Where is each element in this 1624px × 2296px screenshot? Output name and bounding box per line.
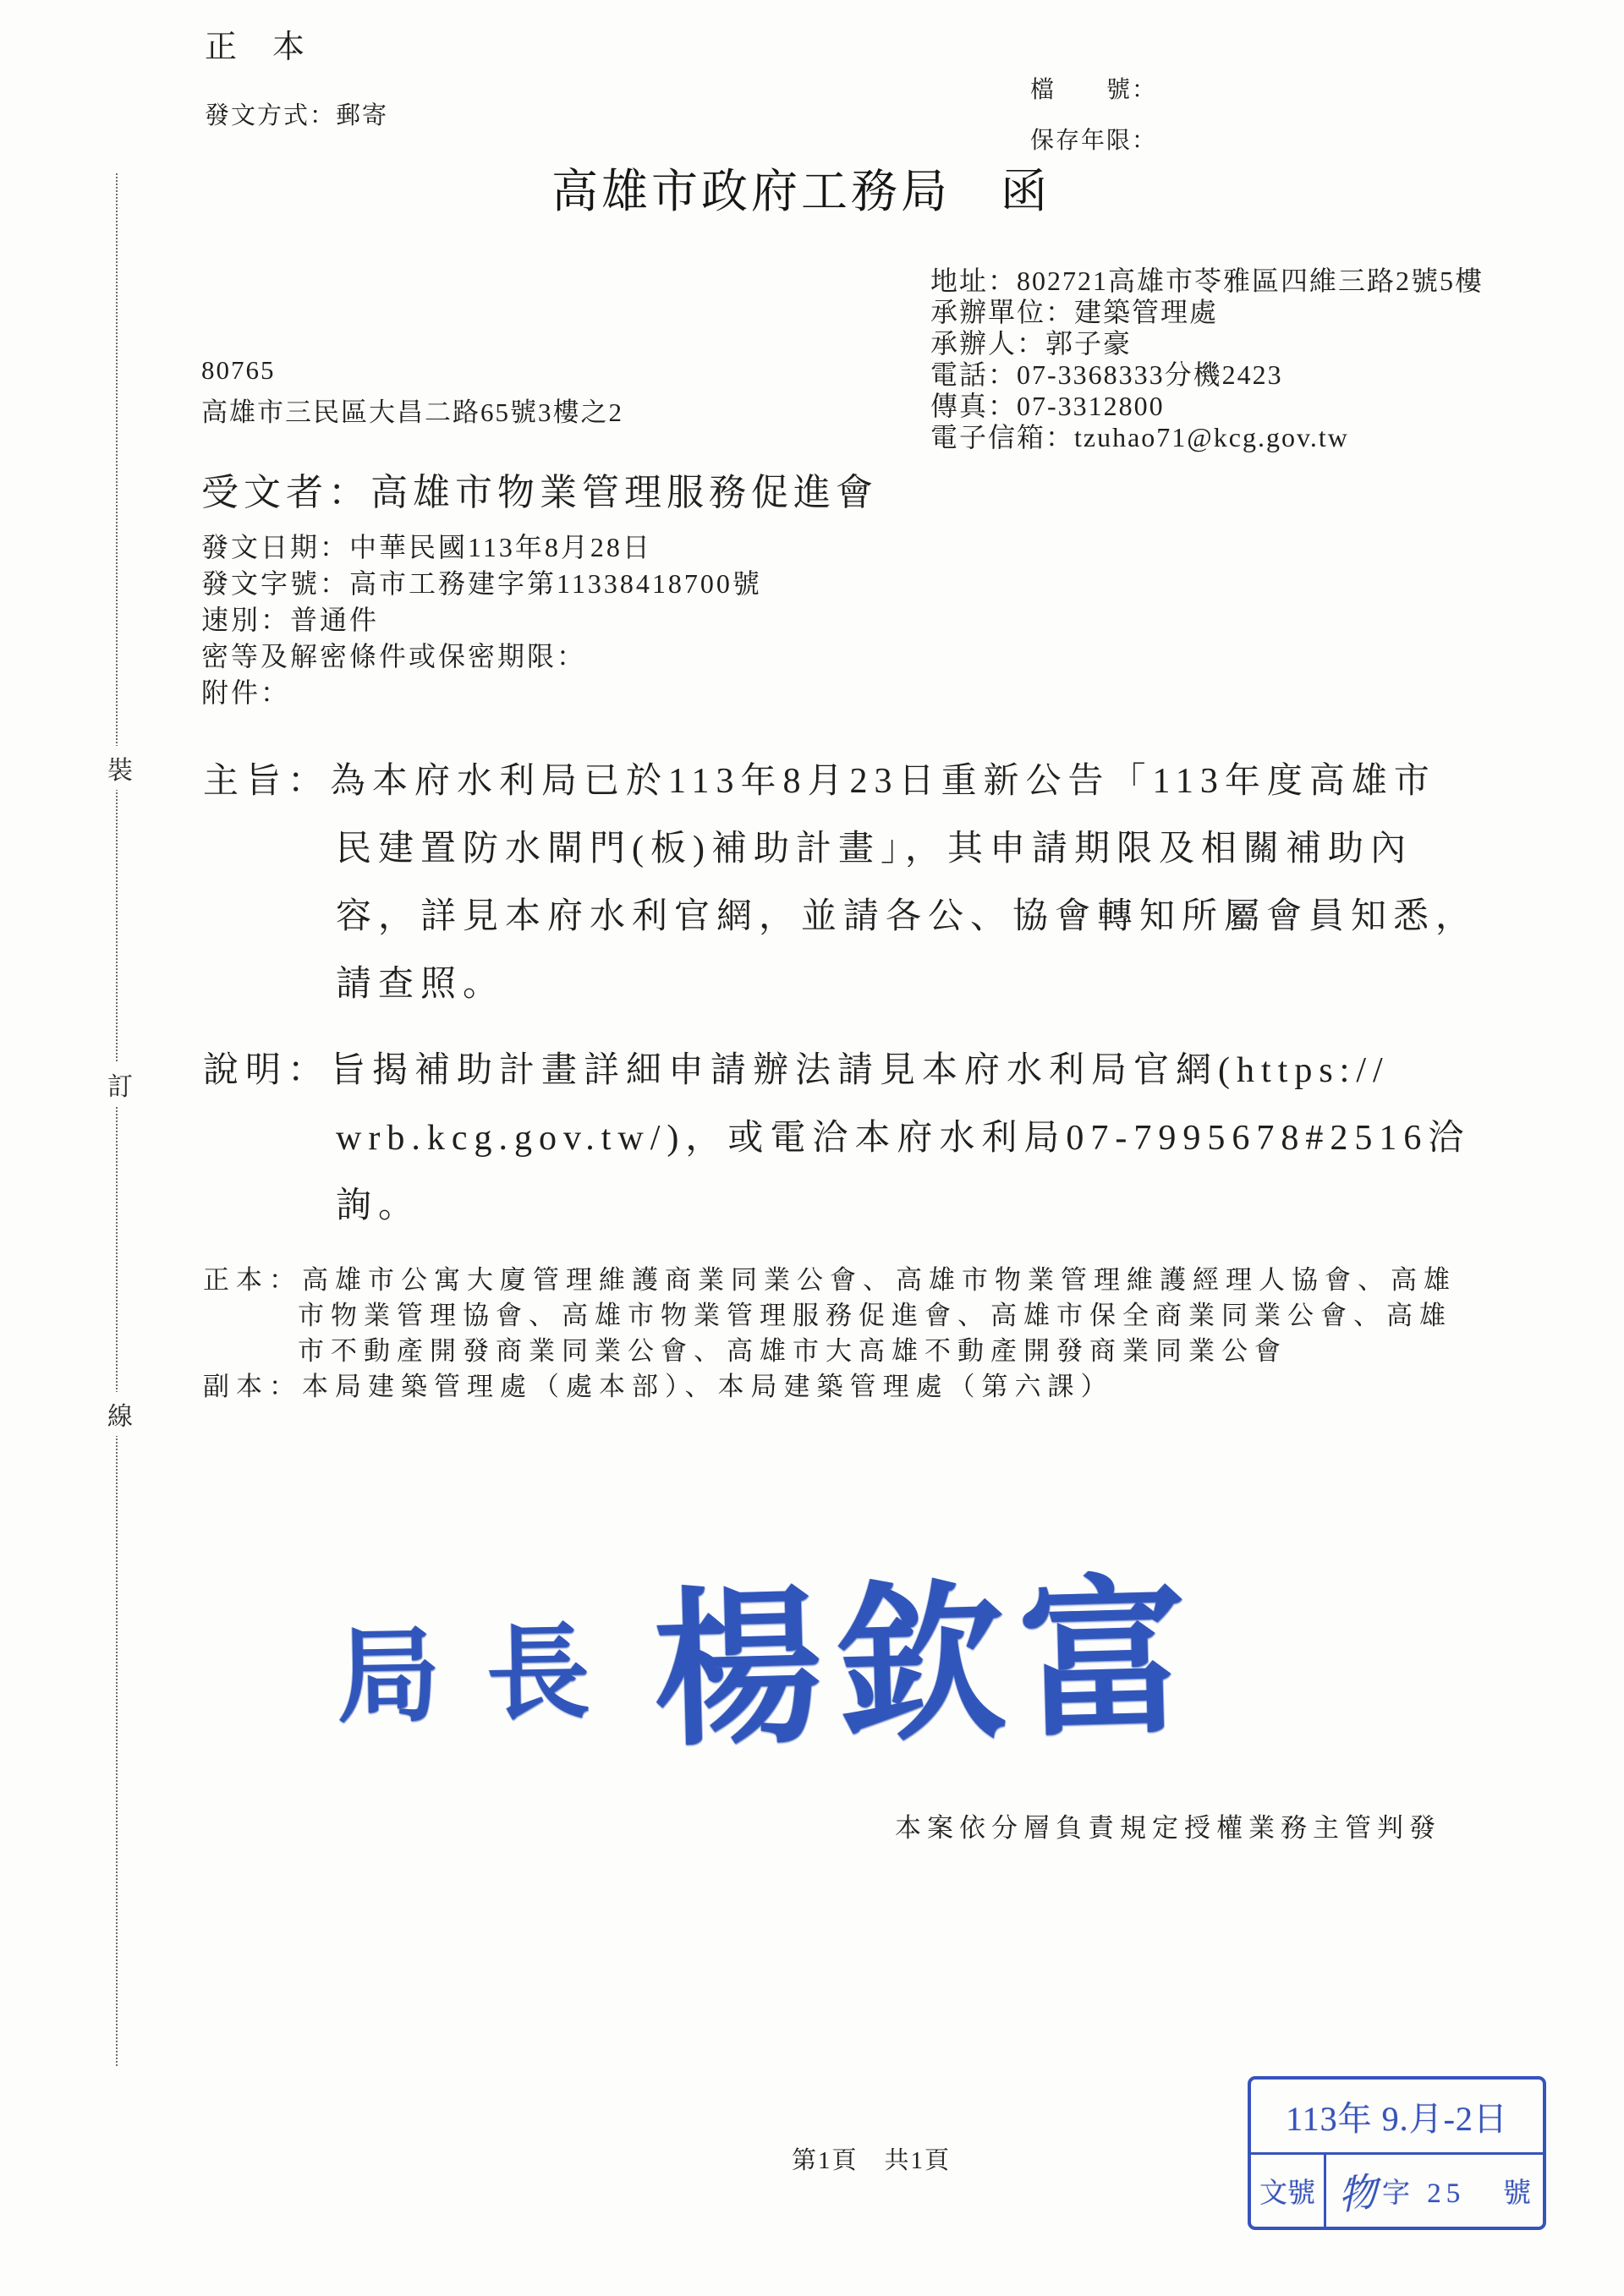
sender-contact-block: 地址：802721高雄市苓雅區四維三路2號5樓 承辦單位：建築管理處 承辦人：郭… bbox=[930, 266, 1484, 453]
authorization-note: 本案依分層負責規定授權業務主管判發 bbox=[895, 1806, 1441, 1844]
signature-title: 局長 bbox=[335, 1589, 637, 1742]
received-date-stamp: 113年 9.月-2日 文號 物 字 25 號 bbox=[1248, 2076, 1546, 2230]
recipient-zip: 80765 bbox=[201, 355, 276, 386]
sender-contact-person: 承辦人：郭子豪 bbox=[930, 328, 1484, 359]
stamp-docnum-value: 物 字 25 號 bbox=[1326, 2155, 1543, 2227]
subject-line: 請查照。 bbox=[336, 956, 505, 1006]
document-meta-block: 發文日期：中華民國113年8月28日 發文字號：高市工務建字第113384187… bbox=[201, 529, 762, 711]
priority: 速別：普通件 bbox=[201, 602, 762, 638]
binding-mark-ding: 訂 bbox=[105, 1062, 135, 1106]
stamp-date: 113年 9.月-2日 bbox=[1251, 2080, 1543, 2155]
sender-email: 電子信箱：tzuhao71@kcg.gov.tw bbox=[930, 422, 1484, 453]
distribution-copy-line: 副本：本局建築管理處（處本部）、本局建築管理處（第六課） bbox=[203, 1365, 1114, 1403]
stamp-bottom-row: 文號 物 字 25 號 bbox=[1251, 2155, 1543, 2227]
recipient-line: 受文者：高雄市物業管理服務促進會 bbox=[201, 462, 878, 516]
sender-address: 地址：802721高雄市苓雅區四維三路2號5樓 bbox=[930, 266, 1484, 297]
recipient-address: 高雄市三民區大昌二路65號3樓之2 bbox=[201, 391, 623, 429]
security-classification: 密等及解密條件或保密期限： bbox=[201, 638, 762, 675]
file-number-label: 檔 號： bbox=[1030, 71, 1157, 105]
copy-type-label: 正 本 bbox=[205, 20, 306, 67]
retention-period-label: 保存年限： bbox=[1030, 122, 1157, 156]
sender-fax: 傳真：07-3312800 bbox=[930, 391, 1484, 422]
attachment: 附件： bbox=[201, 675, 762, 711]
subject-line: 民建置防水閘門(板)補助計畫」，其申請期限及相關補助內 bbox=[336, 820, 1413, 871]
binding-mark-xian: 線 bbox=[105, 1392, 135, 1436]
sender-unit: 承辦單位：建築管理處 bbox=[930, 297, 1484, 328]
issue-date: 發文日期：中華民國113年8月28日 bbox=[201, 529, 762, 566]
distribution-original-line: 正本：高雄市公寓大廈管理維護商業同業公會、高雄市物業管理維護經理人協會、高雄 bbox=[203, 1258, 1457, 1296]
page-number: 第1頁 共1頁 bbox=[792, 2141, 951, 2176]
description-line: wrb.kcg.gov.tw/)，或電洽本府水利局07-7995678#2516… bbox=[336, 1110, 1470, 1160]
issue-number: 發文字號：高市工務建字第11338418700號 bbox=[201, 566, 762, 602]
sender-phone: 電話：07-3368333分機2423 bbox=[930, 359, 1484, 391]
stamp-number-middle: 字 25 bbox=[1382, 2171, 1465, 2211]
description-line: 詢。 bbox=[336, 1177, 420, 1228]
subject-line: 容，詳見本府水利官網，並請各公、協會轉知所屬會員知悉， bbox=[336, 888, 1478, 939]
description-line: 說明：旨揭補助計畫詳細申請辦法請見本府水利局官網(https:// bbox=[203, 1042, 1390, 1093]
distribution-original-line: 市物業管理協會、高雄市物業管理服務促進會、高雄市保全商業同業公會、高雄 bbox=[298, 1294, 1452, 1332]
binding-mark-zhuang: 裝 bbox=[105, 746, 135, 790]
document-title: 高雄市政府工務局 函 bbox=[551, 154, 1051, 221]
scanned-official-letter: 裝 訂 線 正 本 發文方式：郵寄 檔 號： 保存年限： 高雄市政府工務局 函 … bbox=[0, 0, 1624, 2296]
send-method-label: 發文方式：郵寄 bbox=[205, 96, 388, 131]
signature-name: 楊欽富 bbox=[650, 1522, 1204, 1779]
stamp-docnum-label: 文號 bbox=[1251, 2155, 1326, 2227]
subject-line: 主旨：為本府水利局已於113年8月23日重新公告「113年度高雄市 bbox=[203, 753, 1436, 803]
distribution-original-line: 市不動產開發商業同業公會、高雄市大高雄不動產開發商業同業公會 bbox=[298, 1329, 1287, 1367]
stamp-handwritten-char: 物 bbox=[1337, 2160, 1378, 2222]
stamp-number-suffix: 號 bbox=[1503, 2171, 1531, 2211]
binding-dotted-line bbox=[116, 173, 118, 2066]
